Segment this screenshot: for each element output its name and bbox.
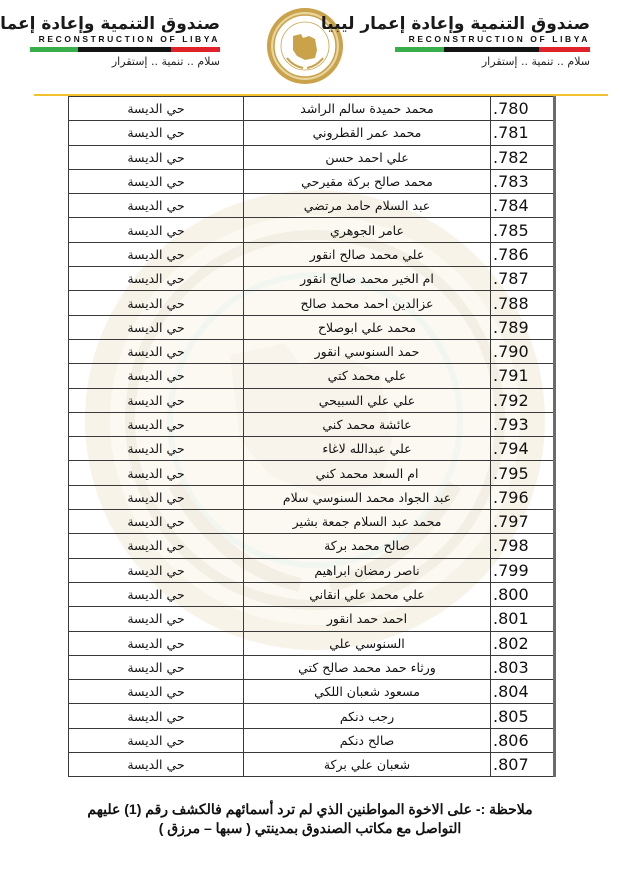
- area-cell: حي الديسة: [69, 680, 244, 704]
- name-cell: رجب دنكم: [244, 704, 491, 728]
- table-row: حي الديسةعلي احمد حسن.782: [69, 145, 555, 169]
- table-row: حي الديسةام الخير محمد صالح انقور.787: [69, 267, 555, 291]
- area-cell: حي الديسة: [69, 753, 244, 777]
- table-row: حي الديسةعامر الجوهري.785: [69, 218, 555, 242]
- area-cell: حي الديسة: [69, 582, 244, 606]
- name-cell: ام الخير محمد صالح انقور: [244, 267, 491, 291]
- number-cell: .784: [491, 194, 555, 218]
- area-cell: حي الديسة: [69, 607, 244, 631]
- footer-note: ملاحظة :- على الاخوة المواطنين الذي لم ت…: [70, 800, 550, 838]
- area-cell: حي الديسة: [69, 339, 244, 363]
- flag-green-segment: [30, 47, 78, 52]
- area-cell: حي الديسة: [69, 704, 244, 728]
- name-cell: صالح دنكم: [244, 728, 491, 752]
- number-cell: .796: [491, 485, 555, 509]
- area-cell: حي الديسة: [69, 315, 244, 339]
- table-row: حي الديسةعبد السلام حامد مرتضي.784: [69, 194, 555, 218]
- number-cell: .791: [491, 364, 555, 388]
- name-cell: محمد صالح بركة مقيرحي: [244, 169, 491, 193]
- number-cell: .802: [491, 631, 555, 655]
- area-cell: حي الديسة: [69, 364, 244, 388]
- brand-tagline: سلام .. تنمية .. إستقرار: [30, 55, 220, 68]
- name-cell: علي محمد صالح انقور: [244, 242, 491, 266]
- table-row: حي الديسةمحمد عمر القطروني.781: [69, 121, 555, 145]
- letterhead: صندوق التنمية وإعادة إعمار ليبيا RECONST…: [0, 0, 621, 96]
- flag-color-bar: [395, 47, 590, 52]
- name-cell: ام السعد محمد كني: [244, 461, 491, 485]
- area-cell: حي الديسة: [69, 291, 244, 315]
- number-cell: .798: [491, 534, 555, 558]
- area-cell: حي الديسة: [69, 218, 244, 242]
- table-row: حي الديسةمحمد حميدة سالم الراشد.780: [69, 97, 555, 121]
- table-row: حي الديسةمسعود شعبان اللكي.804: [69, 680, 555, 704]
- area-cell: حي الديسة: [69, 728, 244, 752]
- table-row: حي الديسةعزالدين احمد محمد صالح.788: [69, 291, 555, 315]
- area-cell: حي الديسة: [69, 510, 244, 534]
- area-cell: حي الديسة: [69, 169, 244, 193]
- table-row: حي الديسةورثاء حمد محمد صالح كتي.803: [69, 655, 555, 679]
- note-line-2: التواصل مع مكاتب الصندوق بمدينتي ( سبها …: [70, 819, 550, 838]
- name-cell: عبد السلام حامد مرتضي: [244, 194, 491, 218]
- area-cell: حي الديسة: [69, 631, 244, 655]
- brand-arabic-name: صندوق التنمية وإعادة إعمار ليبيا: [395, 14, 590, 34]
- name-cell: محمد علي ابوصلاح: [244, 315, 491, 339]
- table-row: حي الديسةعلي محمد كتي.791: [69, 364, 555, 388]
- name-cell: حمد السنوسي انقور: [244, 339, 491, 363]
- number-cell: .794: [491, 437, 555, 461]
- beneficiaries-table: حي الديسةمحمد حميدة سالم الراشد.780حي ال…: [68, 96, 550, 777]
- name-cell: ورثاء حمد محمد صالح كتي: [244, 655, 491, 679]
- number-cell: .793: [491, 412, 555, 436]
- area-cell: حي الديسة: [69, 558, 244, 582]
- number-cell: .795: [491, 461, 555, 485]
- flag-black-segment: [444, 47, 540, 52]
- area-cell: حي الديسة: [69, 485, 244, 509]
- flag-green-segment: [395, 47, 444, 52]
- number-cell: .801: [491, 607, 555, 631]
- name-cell: احمد حمد انقور: [244, 607, 491, 631]
- table-row: حي الديسةرجب دنكم.805: [69, 704, 555, 728]
- number-cell: .805: [491, 704, 555, 728]
- area-cell: حي الديسة: [69, 145, 244, 169]
- area-cell: حي الديسة: [69, 388, 244, 412]
- table-row: حي الديسةحمد السنوسي انقور.790: [69, 339, 555, 363]
- number-cell: .806: [491, 728, 555, 752]
- number-cell: .786: [491, 242, 555, 266]
- table-row: حي الديسةام السعد محمد كني.795: [69, 461, 555, 485]
- area-cell: حي الديسة: [69, 194, 244, 218]
- area-cell: حي الديسة: [69, 121, 244, 145]
- number-cell: .783: [491, 169, 555, 193]
- brand-block-left: صندوق التنمية وإعادة إعمار ليبيا RECONST…: [30, 14, 220, 68]
- name-cell: علي محمد كتي: [244, 364, 491, 388]
- name-cell: علي محمد علي انقاني: [244, 582, 491, 606]
- name-cell: مسعود شعبان اللكي: [244, 680, 491, 704]
- number-cell: .800: [491, 582, 555, 606]
- brand-english-name: RECONSTRUCTION OF LIBYA: [30, 34, 220, 45]
- table-row: حي الديسةعلي محمد علي انقاني.800: [69, 582, 555, 606]
- number-cell: .790: [491, 339, 555, 363]
- flag-black-segment: [78, 47, 171, 52]
- name-cell: ناصر رمضان ابراهيم: [244, 558, 491, 582]
- number-cell: .804: [491, 680, 555, 704]
- table-row: حي الديسةشعبان علي بركة.807: [69, 753, 555, 777]
- note-line-1: ملاحظة :- على الاخوة المواطنين الذي لم ت…: [70, 800, 550, 819]
- name-cell: عامر الجوهري: [244, 218, 491, 242]
- table-row: حي الديسةصالح محمد بركة.798: [69, 534, 555, 558]
- table-row: حي الديسةعلي محمد صالح انقور.786: [69, 242, 555, 266]
- name-cell: عبد الجواد محمد السنوسي سلام: [244, 485, 491, 509]
- name-cell: عائشة محمد كني: [244, 412, 491, 436]
- brand-tagline: سلام .. تنمية .. إستقرار: [395, 55, 590, 68]
- name-cell: شعبان علي بركة: [244, 753, 491, 777]
- name-cell: صالح محمد بركة: [244, 534, 491, 558]
- brand-arabic-name: صندوق التنمية وإعادة إعمار ليبيا: [30, 14, 220, 34]
- number-cell: .785: [491, 218, 555, 242]
- brand-english-name: RECONSTRUCTION OF LIBYA: [395, 34, 590, 45]
- table-row: حي الديسةعلي علي السبيحي.792: [69, 388, 555, 412]
- number-cell: .788: [491, 291, 555, 315]
- area-cell: حي الديسة: [69, 461, 244, 485]
- area-cell: حي الديسة: [69, 242, 244, 266]
- table-row: حي الديسةعبد الجواد محمد السنوسي سلام.79…: [69, 485, 555, 509]
- number-cell: .803: [491, 655, 555, 679]
- area-cell: حي الديسة: [69, 534, 244, 558]
- flag-color-bar: [30, 47, 220, 52]
- name-cell: علي احمد حسن: [244, 145, 491, 169]
- number-cell: .780: [491, 97, 555, 121]
- area-cell: حي الديسة: [69, 655, 244, 679]
- name-cell: علي عبدالله لاغاء: [244, 437, 491, 461]
- name-cell: محمد عبد السلام جمعة بشير: [244, 510, 491, 534]
- table-row: حي الديسةمحمد صالح بركة مقيرحي.783: [69, 169, 555, 193]
- number-cell: .792: [491, 388, 555, 412]
- area-cell: حي الديسة: [69, 412, 244, 436]
- area-cell: حي الديسة: [69, 437, 244, 461]
- table-row: حي الديسةاحمد حمد انقور.801: [69, 607, 555, 631]
- table-row: حي الديسةمحمد علي ابوصلاح.789: [69, 315, 555, 339]
- brand-block-right: صندوق التنمية وإعادة إعمار ليبيا RECONST…: [395, 14, 590, 68]
- flag-red-segment: [539, 47, 590, 52]
- flag-red-segment: [171, 47, 220, 52]
- name-cell: السنوسي علي: [244, 631, 491, 655]
- table-row: حي الديسةناصر رمضان ابراهيم.799: [69, 558, 555, 582]
- name-cell: علي علي السبيحي: [244, 388, 491, 412]
- table-row: حي الديسةعلي عبدالله لاغاء.794: [69, 437, 555, 461]
- name-cell: محمد حميدة سالم الراشد: [244, 97, 491, 121]
- number-cell: .789: [491, 315, 555, 339]
- number-cell: .799: [491, 558, 555, 582]
- table-row: حي الديسةصالح دنكم.806: [69, 728, 555, 752]
- area-cell: حي الديسة: [69, 97, 244, 121]
- area-cell: حي الديسة: [69, 267, 244, 291]
- number-cell: .782: [491, 145, 555, 169]
- number-cell: .807: [491, 753, 555, 777]
- number-cell: .797: [491, 510, 555, 534]
- table-row: حي الديسةعائشة محمد كني.793: [69, 412, 555, 436]
- number-cell: .787: [491, 267, 555, 291]
- name-cell: محمد عمر القطروني: [244, 121, 491, 145]
- table-row: حي الديسةالسنوسي علي.802: [69, 631, 555, 655]
- name-cell: عزالدين احمد محمد صالح: [244, 291, 491, 315]
- table-row: حي الديسةمحمد عبد السلام جمعة بشير.797: [69, 510, 555, 534]
- number-cell: .781: [491, 121, 555, 145]
